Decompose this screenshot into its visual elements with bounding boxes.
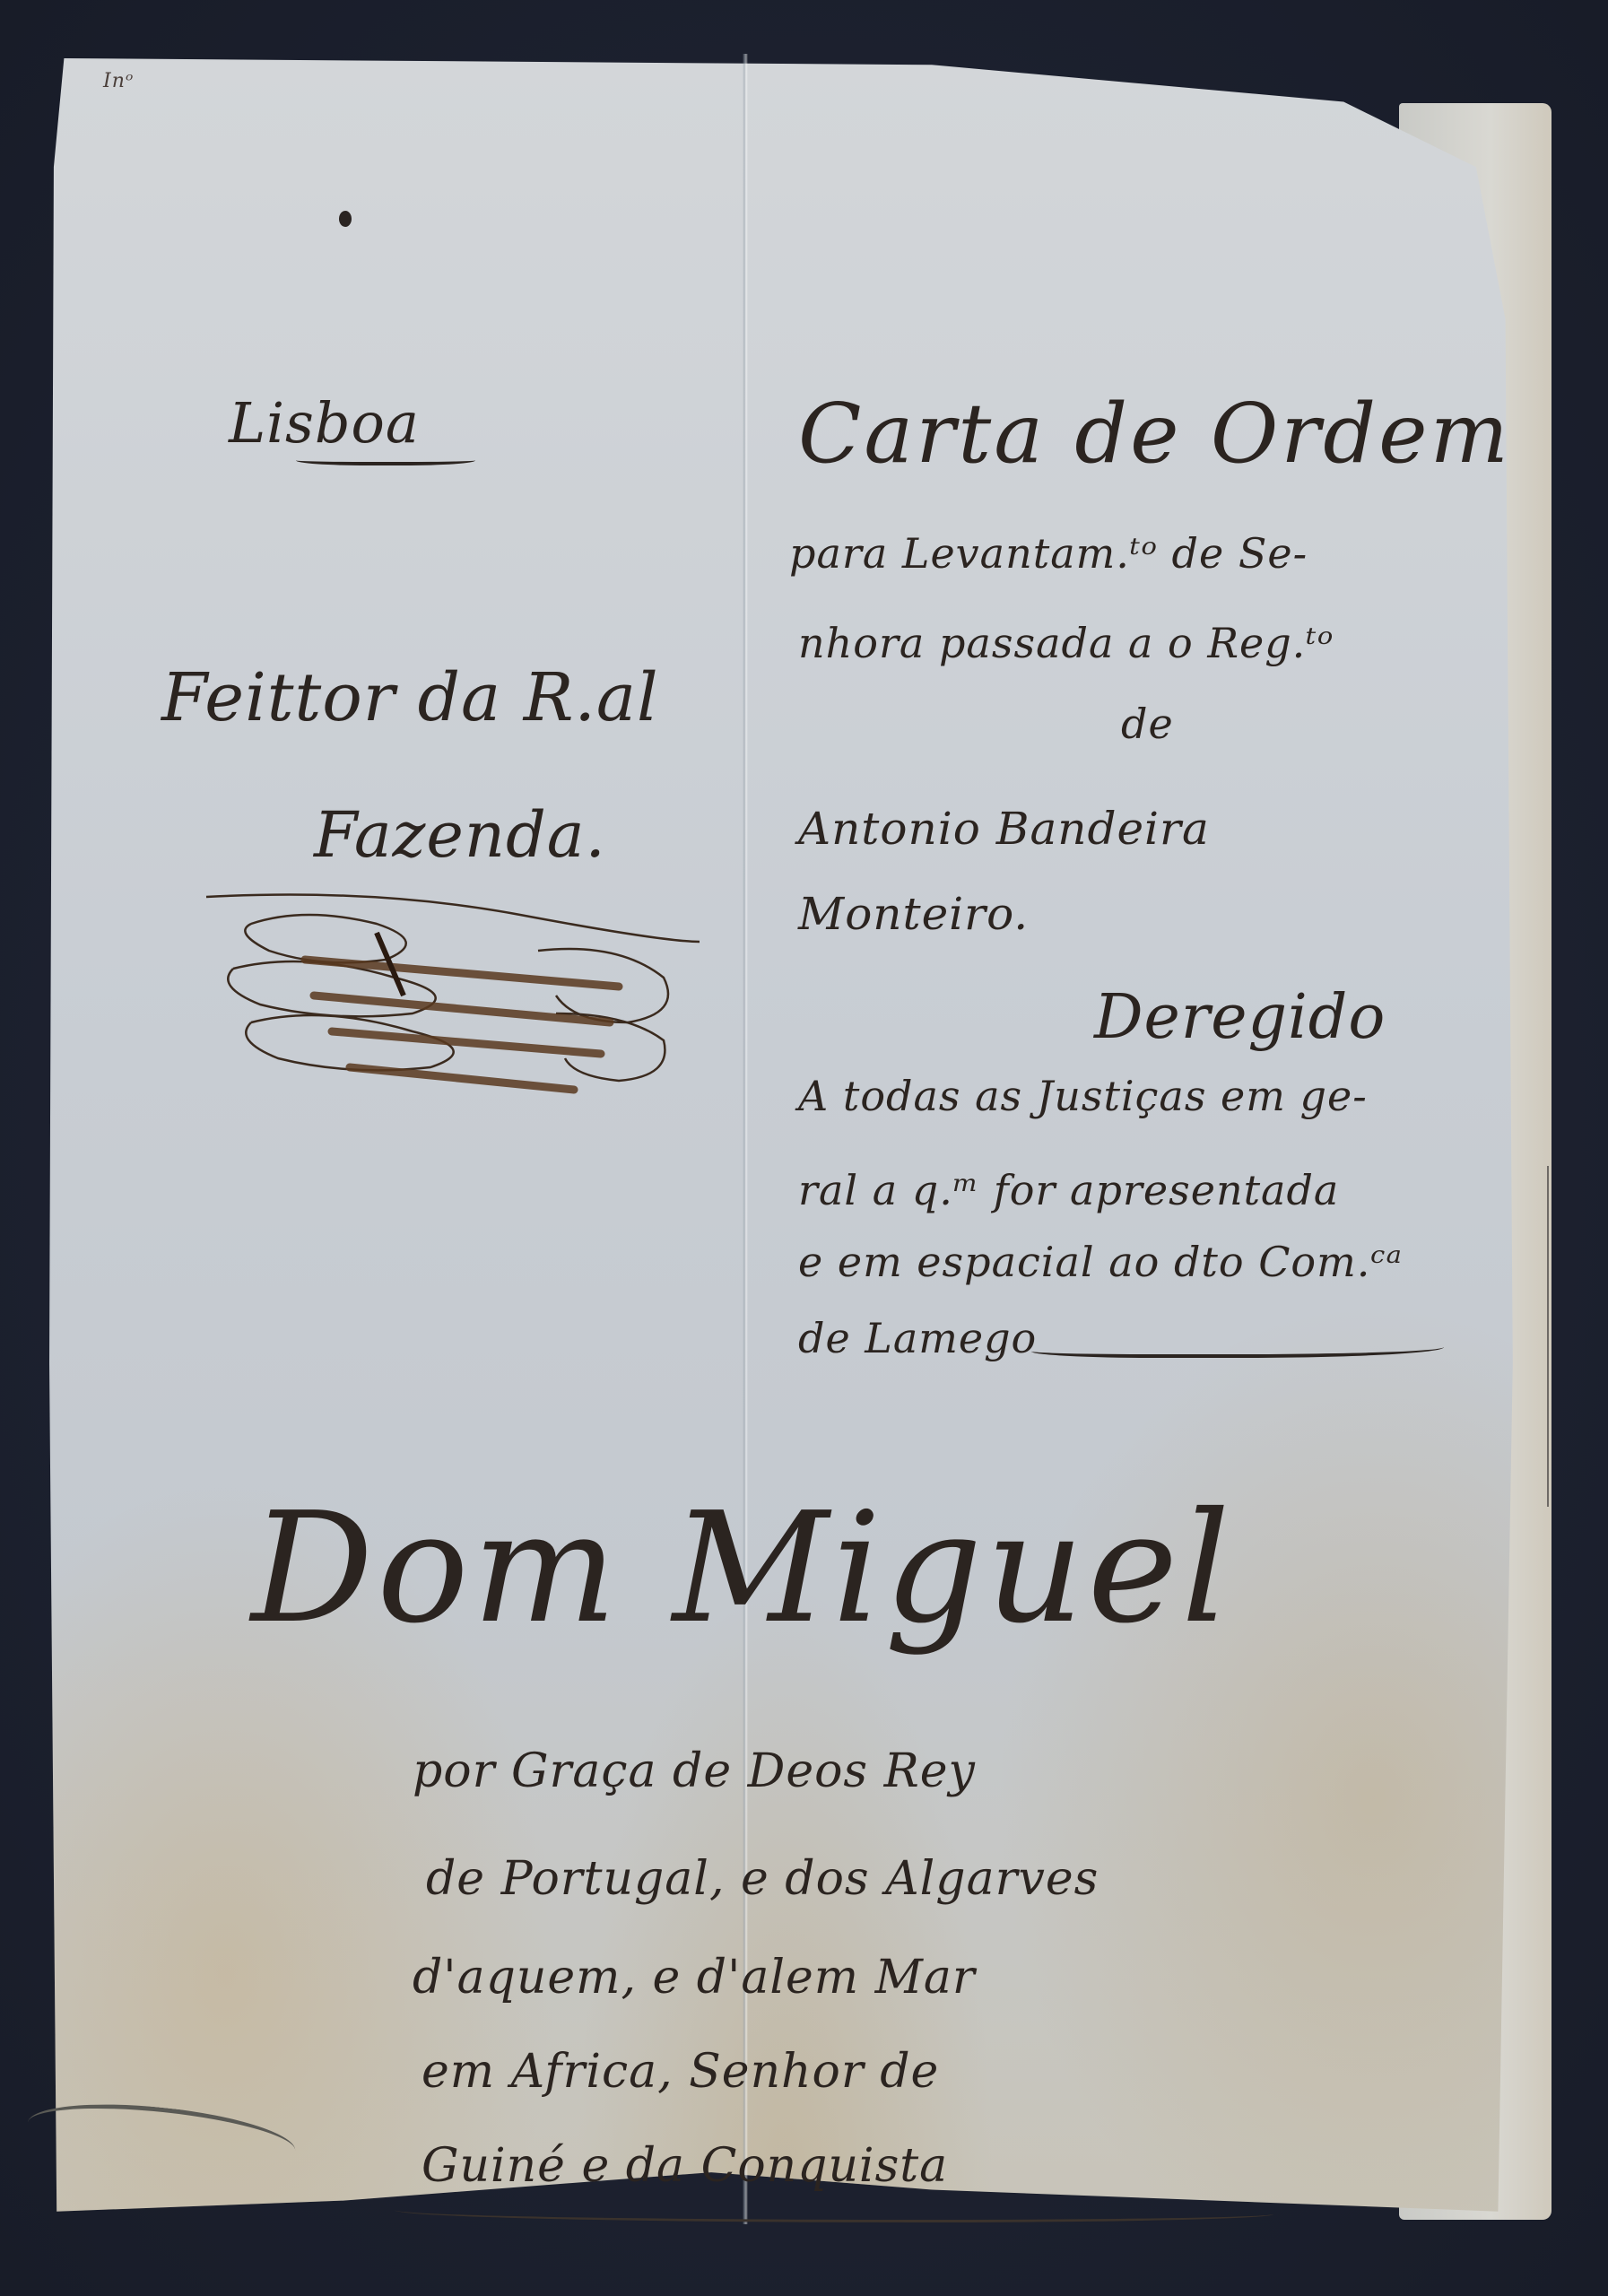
main-line-5: Guiné e da Conquista bbox=[422, 2139, 948, 2193]
main-line-1: por Graça de Deos Rey bbox=[413, 1744, 976, 1798]
margin-mark bbox=[1547, 1166, 1549, 1507]
recipient-line-1: Feittor da R.al bbox=[161, 659, 659, 736]
place-underline-flourish bbox=[296, 453, 475, 465]
signature-flourish-icon bbox=[197, 888, 700, 1112]
body-line-2: ral a q.ᵐ for apresentada bbox=[798, 1166, 1339, 1214]
place-name: Lisboa bbox=[229, 390, 420, 456]
beneficiary-name-line-1: Antonio Bandeira bbox=[798, 803, 1210, 855]
body-end-flourish bbox=[1031, 1336, 1444, 1358]
body-line-3: e em espacial ao dto Com.ᶜᵃ bbox=[798, 1238, 1403, 1286]
recipient-line-2: Fazenda. bbox=[314, 798, 606, 872]
subtitle-line-2: nhora passada a o Reg.ᵗᵒ bbox=[798, 619, 1334, 667]
main-line-4: em Africa, Senhor de bbox=[422, 2045, 939, 2099]
main-line-3: d'aquem, e d'alem Mar bbox=[413, 1951, 976, 2005]
corner-note: Inᵒ bbox=[103, 70, 134, 92]
document-title: Carta de Ordem bbox=[798, 386, 1511, 482]
main-line-2: de Portugal, e dos Algarves bbox=[426, 1852, 1099, 1906]
ink-blot bbox=[339, 211, 352, 227]
body-opening-word: Deregido bbox=[1094, 982, 1386, 1053]
beneficiary-name-line-2: Monteiro. bbox=[798, 888, 1029, 940]
manuscript-paper bbox=[49, 58, 1520, 2233]
body-line-1: A todas as Justiças em ge- bbox=[798, 1072, 1368, 1120]
main-heading: Dom Miguel bbox=[251, 1480, 1234, 1657]
subtitle-line-1: para Levantam.ᵗᵒ de Se- bbox=[789, 529, 1308, 578]
body-line-4: de Lamego bbox=[798, 1314, 1037, 1362]
subtitle-line-3: de bbox=[1121, 700, 1174, 748]
